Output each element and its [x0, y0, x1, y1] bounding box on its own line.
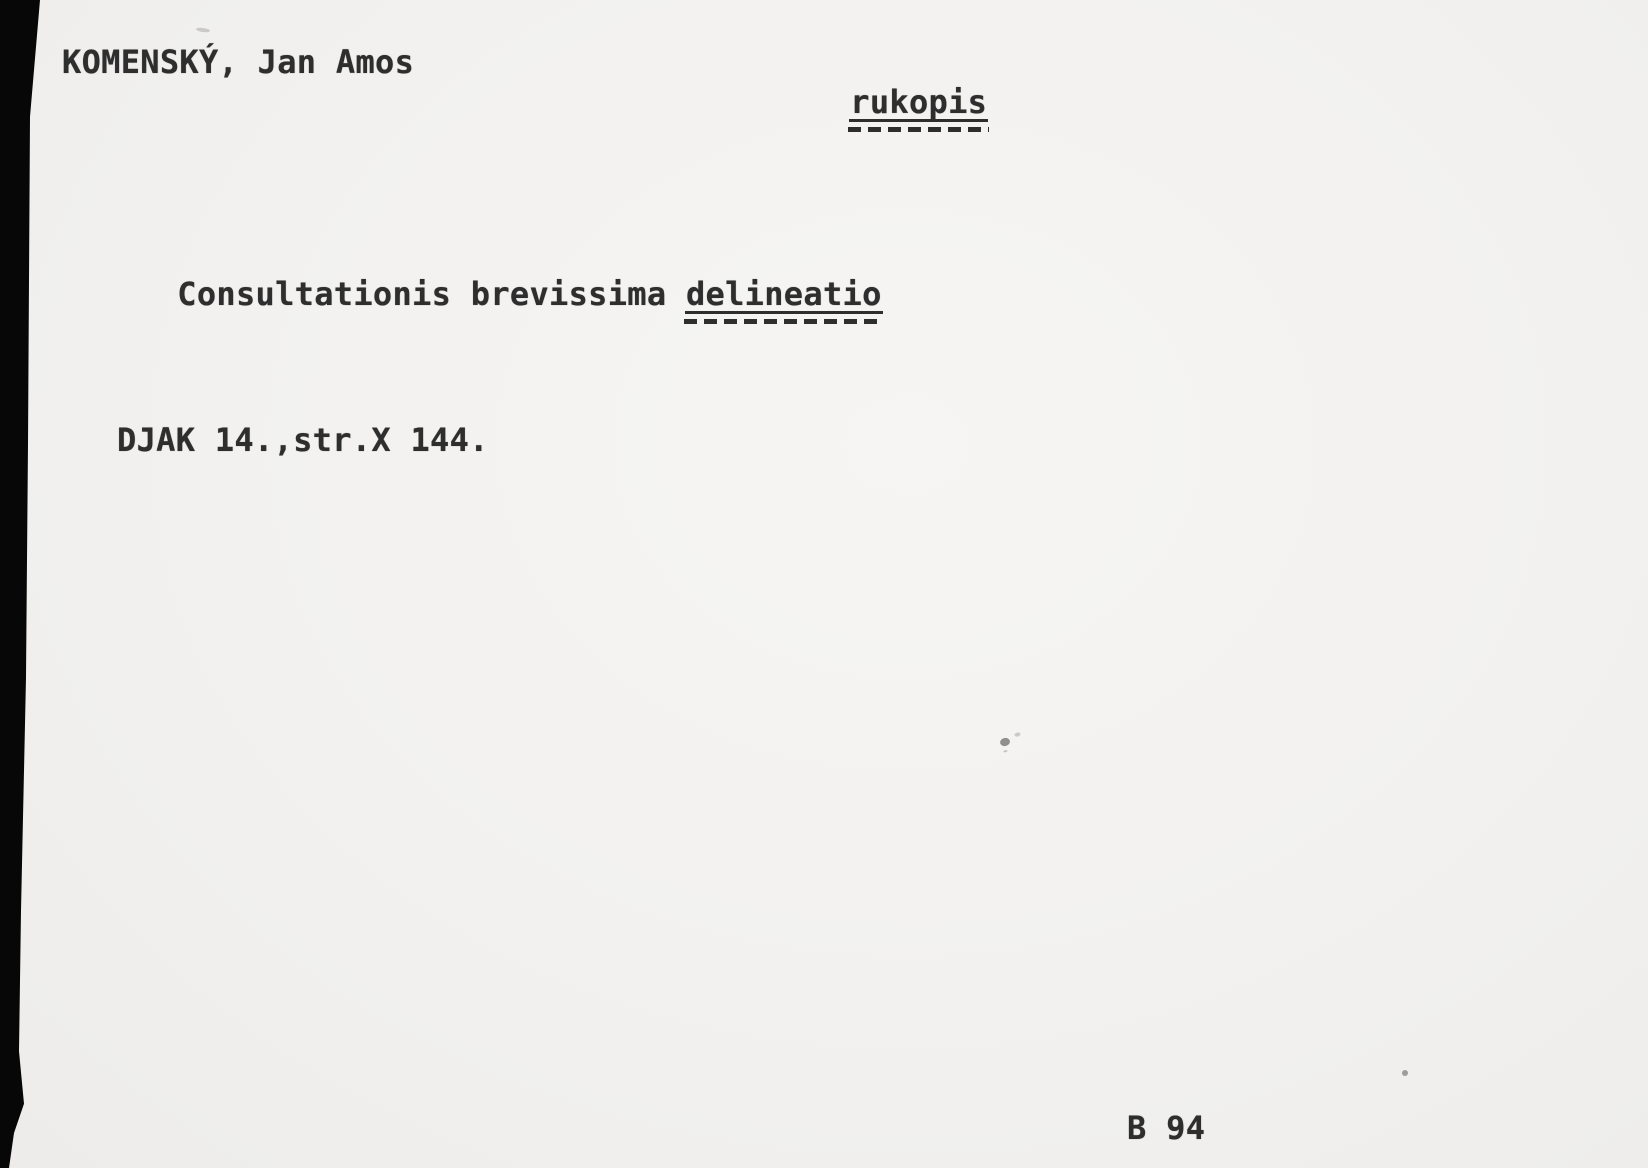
call-number: B 94	[1127, 1112, 1205, 1144]
work-title-underlined: delineatio	[686, 278, 882, 310]
scanner-edge-strip	[0, 0, 44, 1168]
scan-speck	[1402, 1070, 1408, 1076]
format-note: rukopis	[772, 54, 987, 150]
work-title-prefix: Consultationis brevissima	[177, 275, 686, 313]
work-title: Consultationis brevissima delineatio	[99, 246, 882, 342]
catalog-card-scan: KOMENSKÝ, Jan Amos rukopis Consultationi…	[0, 0, 1648, 1168]
edition-reference: DJAK 14.,str.X 144.	[117, 424, 489, 456]
scan-speck	[196, 27, 210, 33]
format-note-text: rukopis	[850, 86, 987, 118]
author-heading: KOMENSKÝ, Jan Amos	[62, 46, 414, 78]
scan-speck	[999, 737, 1011, 747]
